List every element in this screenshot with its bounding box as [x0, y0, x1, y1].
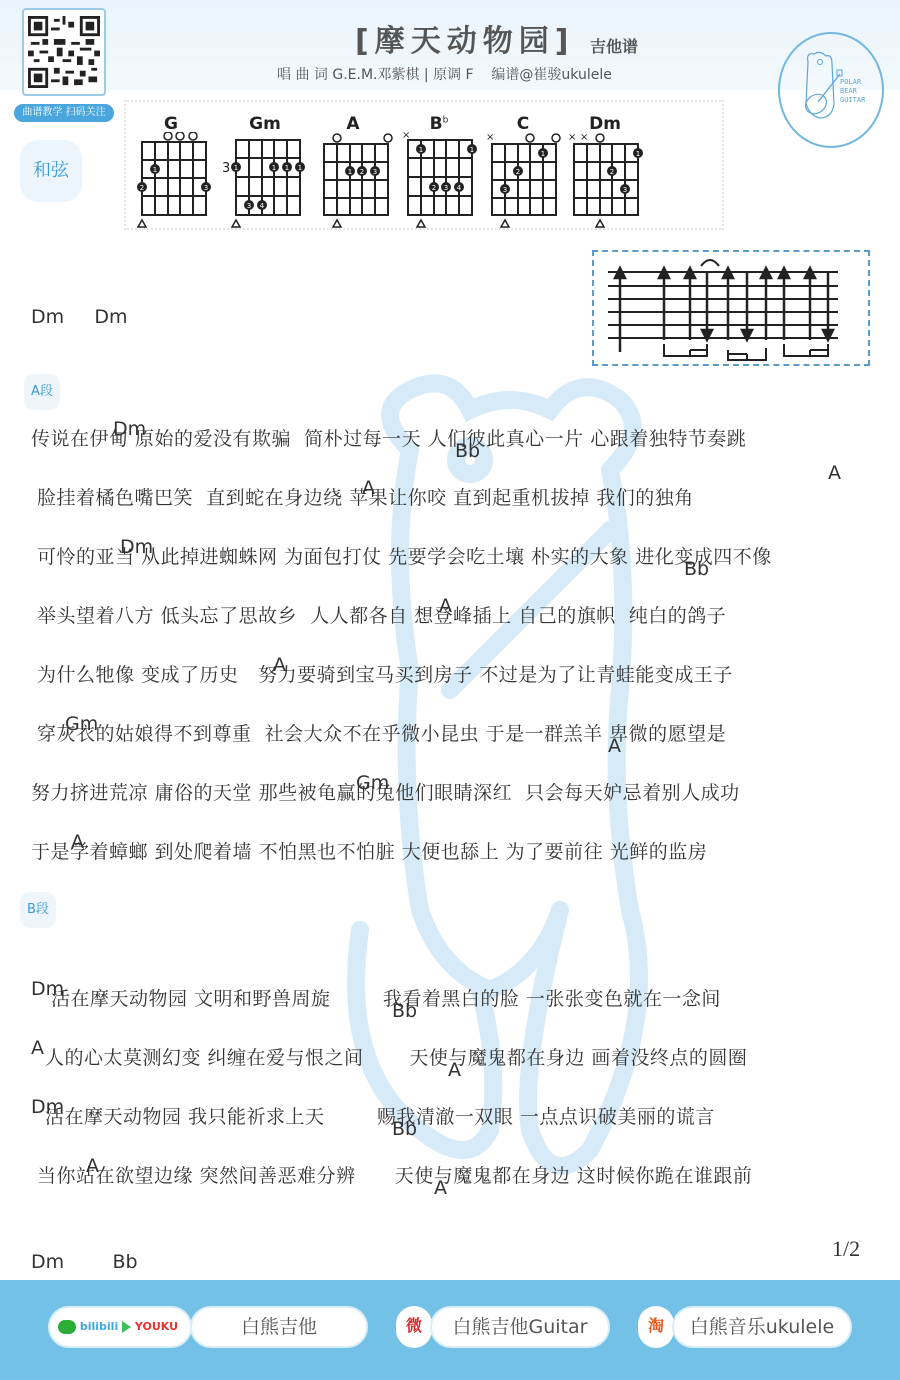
svg-text:2: 2 [140, 184, 144, 192]
qr-code-icon [28, 14, 100, 90]
chord-g-fretboard: 123 [126, 132, 216, 232]
svg-text:2: 2 [360, 168, 364, 176]
chord-diagram-bb: Bb × 11234 [394, 102, 484, 232]
page-number: 1/2 [832, 1236, 860, 1262]
svg-text:1: 1 [470, 146, 474, 154]
weibo-icon[interactable]: 微 [396, 1306, 432, 1348]
lyric-line: 活在摩天动物园 文明和野兽周旋 我看着黑白的脸 一张张变色就在一念间 [51, 984, 721, 1011]
chord-name: Bb [394, 114, 484, 134]
chord-diagram-dm: Dm × × 123 [560, 102, 650, 232]
account-baixiong-jita[interactable]: 白熊吉他 [190, 1306, 368, 1348]
svg-text:1: 1 [348, 168, 352, 176]
strumming-pattern [592, 250, 870, 366]
chord-name: C [478, 114, 568, 134]
svg-text:3: 3 [503, 186, 507, 194]
lyric-line: 传说在伊甸 原始的爱没有欺骗 简朴过每一天 人们彼此真心一片 心跟着独特节奏跳 [31, 424, 746, 451]
outro-chords: Dm Bb [31, 1251, 138, 1273]
youku-play-icon [122, 1321, 131, 1333]
lyric-line: 为什么牠像 变成了历史 努力要骑到宝马买到房子 不过是为了让青蛙能变成王子 [37, 660, 733, 687]
taobao-icon[interactable]: 淘 [638, 1306, 674, 1348]
chord-a-fretboard: 123 [308, 132, 398, 232]
bear-guitar-icon [780, 34, 882, 146]
lyric-line: 穿灰衣的姑娘得不到尊重 社会大众不在乎微小昆虫 于是一群羔羊 卑微的愿望是 [37, 719, 726, 746]
svg-text:3: 3 [623, 186, 627, 194]
svg-text:×: × [486, 132, 494, 143]
lyric-line: 人的心太莫测幻变 纠缠在爱与恨之间 天使与魔鬼都在身边 画着没终点的圆圈 [45, 1043, 747, 1070]
logo-text: POLAR BEAR GUITAR [840, 78, 865, 105]
wechat-icon [58, 1320, 76, 1334]
chord-diagram-c: C × 123 [478, 102, 568, 232]
svg-text:2: 2 [516, 168, 520, 176]
footer: bilibili YOUKU 白熊吉他 微 白熊吉他Guitar 淘 白熊音乐u… [0, 1280, 900, 1380]
svg-text:2: 2 [432, 184, 436, 192]
chord-row: A [0, 573, 24, 639]
lyric-line: 脸挂着橘色嘴巴笑 直到蛇在身边绕 苹果让你咬 直到起重机拔掉 我们的独角 [37, 483, 694, 510]
chord-diagrams: G 123 Gm 3 111134 A [124, 100, 724, 230]
polar-bear-guitar-logo[interactable]: POLAR BEAR GUITAR [778, 32, 884, 148]
svg-text:1: 1 [419, 146, 423, 154]
chord-row: A A [0, 1133, 24, 1221]
chord-name: A [308, 114, 398, 134]
intro-chords: Dm Dm [31, 306, 127, 328]
chord-row: A [0, 455, 24, 521]
strum-pattern-diagram [594, 252, 872, 368]
lyric-line: 当你站在欲望边缘 突然间善恶难分辨 天使与魔鬼都在身边 这时候你跪在谁跟前 [37, 1161, 752, 1188]
chord-diagram-gm: Gm 3 111134 [220, 102, 310, 232]
account-baixiong-guitar[interactable]: 白熊吉他Guitar [430, 1306, 610, 1348]
lyric-line: 于是学着蟑螂 到处爬着墙 不怕黑也不怕脏 大便也舔上 为了要前往 光鲜的监房 [31, 837, 707, 864]
lyric-line: 举头望着八方 低头忘了思故乡 人人都各自 想登峰插上 自己的旗帜 纯白的鸽子 [37, 601, 726, 628]
chord-diagram-g: G 123 [126, 102, 216, 232]
svg-text:1: 1 [153, 166, 157, 174]
chord-name: G [126, 114, 216, 134]
svg-text:4: 4 [260, 202, 265, 210]
song-title: [摩天动物园] [355, 16, 574, 60]
svg-text:1: 1 [636, 150, 640, 158]
qr-code[interactable] [22, 8, 106, 96]
svg-text:3: 3 [222, 161, 230, 176]
chord-row: A [0, 632, 24, 698]
title-suffix: 吉他谱 [590, 34, 638, 57]
account-baixiong-ukulele[interactable]: 白熊音乐ukulele [672, 1306, 852, 1348]
svg-text:3: 3 [247, 202, 251, 210]
svg-text:1: 1 [298, 164, 302, 172]
svg-text:3: 3 [204, 184, 208, 192]
chord-bb-fretboard: × 11234 [394, 132, 484, 232]
chord-label: A [828, 462, 841, 484]
svg-text:2: 2 [610, 168, 614, 176]
lyric-line: 活在摩天动物园 我只能祈求上天 赐我清澈一双眼 一点点识破美丽的谎言 [45, 1102, 715, 1129]
chord-row: A [0, 809, 24, 875]
svg-text:1: 1 [541, 150, 545, 158]
svg-text:3: 3 [373, 168, 377, 176]
section-tag-a: A段 [24, 374, 60, 410]
chord-c-fretboard: × 123 [478, 132, 568, 232]
chord-diagram-a: A 123 [308, 102, 398, 232]
chord-name: Dm [560, 114, 650, 134]
lyric-line: 可怜的亚当 从此掉进蜘蛛网 为面包打仗 先要学会吃土壤 朴实的大象 进化变成四不… [37, 542, 772, 569]
chord-dm-fretboard: × × 123 [560, 132, 650, 232]
bilibili-logo: bilibili [80, 1320, 118, 1333]
qr-caption: 曲谱教学 扫码关注 [14, 104, 114, 122]
chord-gm-fretboard: 3 111134 [220, 132, 310, 232]
svg-text:1: 1 [272, 164, 276, 172]
song-credits: 唱 曲 词 G.E.M.邓紫棋 | 原调 F 编谱@崔骏ukulele [277, 64, 612, 84]
lyric-line: 努力挤进荒凉 庸俗的天堂 那些被龟赢的兔他们眼睛深红 只会每天妒忌着别人成功 [31, 778, 740, 805]
section-tag-b: B段 [20, 892, 56, 928]
svg-text:1: 1 [285, 164, 289, 172]
svg-text:×: × [580, 132, 588, 143]
chords-section-badge: 和弦 [20, 140, 82, 202]
svg-text:3: 3 [444, 184, 448, 192]
chord-name: Gm [220, 114, 310, 134]
platform-icons-pill[interactable]: bilibili YOUKU [48, 1306, 192, 1348]
chord-label: A [31, 1037, 44, 1059]
svg-text:4: 4 [457, 184, 462, 192]
svg-text:×: × [568, 132, 576, 143]
chord-row: Gm [0, 750, 24, 816]
youku-logo: YOUKU [135, 1320, 178, 1333]
svg-text:1: 1 [234, 164, 238, 172]
